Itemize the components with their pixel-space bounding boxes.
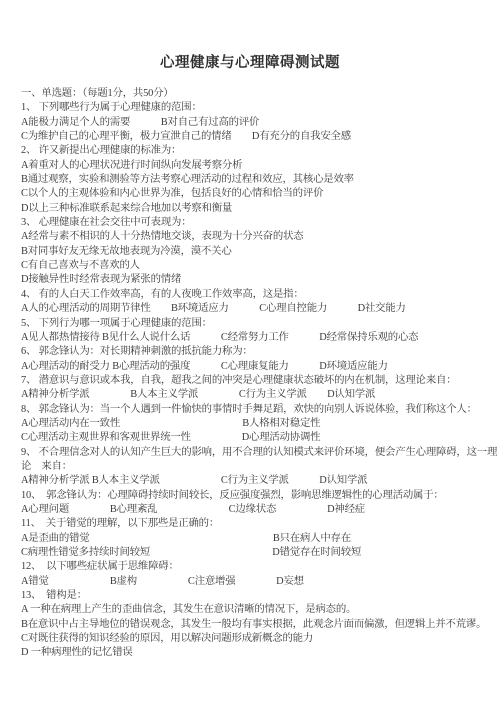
text-line: C对既往获得的知识经验的原因，用以解决问题形成新概念的能力 [21,632,500,646]
text-line: 7、 潜意识与意识或本我，自我，超我之间的冲突是心理健康状态破坏的内在机制，这理… [21,374,500,388]
text-line: A精神分析学派 B人本主义学派 C行为主义学派 D认知学派 [21,388,500,402]
text-line: A人的心理活动的周期节律性 B环境适应力 C心理自控能力 D社交能力 [21,302,500,316]
text-line: A能极力满足个人的需要 B对自己有过高的评价 [21,116,500,130]
text-line: 12、 以下哪些症状属于思维障碍： [21,560,500,574]
text-line: 5、 下列行为哪一项属于心理健康的范围： [21,317,500,331]
text-line: D接触异性时经常表现为紧张的情绪 [21,273,500,287]
text-line: A 一种在病理上产生的歪曲信念，其发生在意识清晰的情况下，是病态的。 [21,603,500,617]
text-line: C为维护自己的心理平衡，极力宣泄自己的情绪 D有充分的自我安全感 [21,130,500,144]
text-line: A错觉 B虚构 C注意增强 D妄想 [21,575,500,589]
text-line: A心理活动内在一致性 B人格相对稳定性 [21,417,500,431]
text-line: A心理活动的耐受力 B心理活动的强度 C心理康复能力 D环境适应能力 [21,360,500,374]
text-line: C以个人的主观体验和内心世界为准，包括良好的心情和恰当的评价 [21,187,500,201]
text-line: 论 来自： [21,460,500,474]
text-line: 10、 郭念锋认为：心理障碍持续时间较长，反应强度强烈，影响思维逻辑性的心理活动… [21,489,500,503]
text-line: C心理活动主观世界和客观世界统一性 D心理活动协调性 [21,431,500,445]
text-line: 2、 许又新提出心理健康的标准为： [21,144,500,158]
text-line: 9、 不合理信念对人的认知产生巨大的影响，用不合理的认知模式来评价环境，便会产生… [21,446,500,460]
text-line: A是歪曲的错觉 B只在病人中存在 [21,532,500,546]
text-line: D 一种病理性的记忆错误 [21,646,500,660]
text-line: 11、 关于错觉的理解，以下那些是正确的： [21,517,500,531]
text-line: A着重对人的心理状况进行时间纵向发展考察分析 [21,159,500,173]
text-line: 13、 错构是： [21,589,500,603]
text-line: 3、 心理健康在社会交往中可表现为： [21,216,500,230]
text-line: D以上三种标准联系起来综合地加以考察和衡量 [21,202,500,216]
text-line: C有自己喜欢与不喜欢的人 [21,259,500,273]
text-line: 4、 有的人白天工作效率高，有的人夜晚工作效率高，这是指： [21,288,500,302]
text-line: A精神分析学派 B人本主义学派 C行为主义学派 D认知学派 [21,474,500,488]
document-body: 一、单选题：（每题1分，共50分）1、 下列哪些行为属于心理健康的范围：A能极力… [21,87,500,661]
text-line: 1、 下列哪些行为属于心理健康的范围： [21,101,500,115]
text-line: A见人都热情接待 B见什么人说什么话 C经常努力工作 D经常保持乐观的心态 [21,331,500,345]
document-page: 心理健康与心理障碍测试题 一、单选题：（每题1分，共50分）1、 下列哪些行为属… [0,0,500,707]
text-line: C病理性错觉多持续时间较短 D错觉存在时间较短 [21,546,500,560]
text-line: B对同事好友无缘无故地表现为冷漠，漠不关心 [21,245,500,259]
text-line: B通过观察，实验和测验等方法考察心理活动的过程和效应，其核心是效率 [21,173,500,187]
document-title: 心理健康与心理障碍测试题 [0,51,500,72]
text-line: A经常与素不相识的人十分热情地交谈，表现为十分兴奋的状态 [21,230,500,244]
text-line: A心理问题 B心理紊乱 C边缘状态 D神经症 [21,503,500,517]
text-line: 8、 郭念锋认为：当一个人遇到一件愉快的事情时手舞足蹈，欢快的向别人诉说体验，我… [21,403,500,417]
text-line: B在意识中占主导地位的错误观念，其发生一般均有事实根据，此观念片面而偏激，但逻辑… [21,618,500,632]
text-line: 6、 郭念锋认为：对长期精神刺激的抵抗能力称为： [21,345,500,359]
text-line: 一、单选题：（每题1分，共50分） [21,87,500,101]
